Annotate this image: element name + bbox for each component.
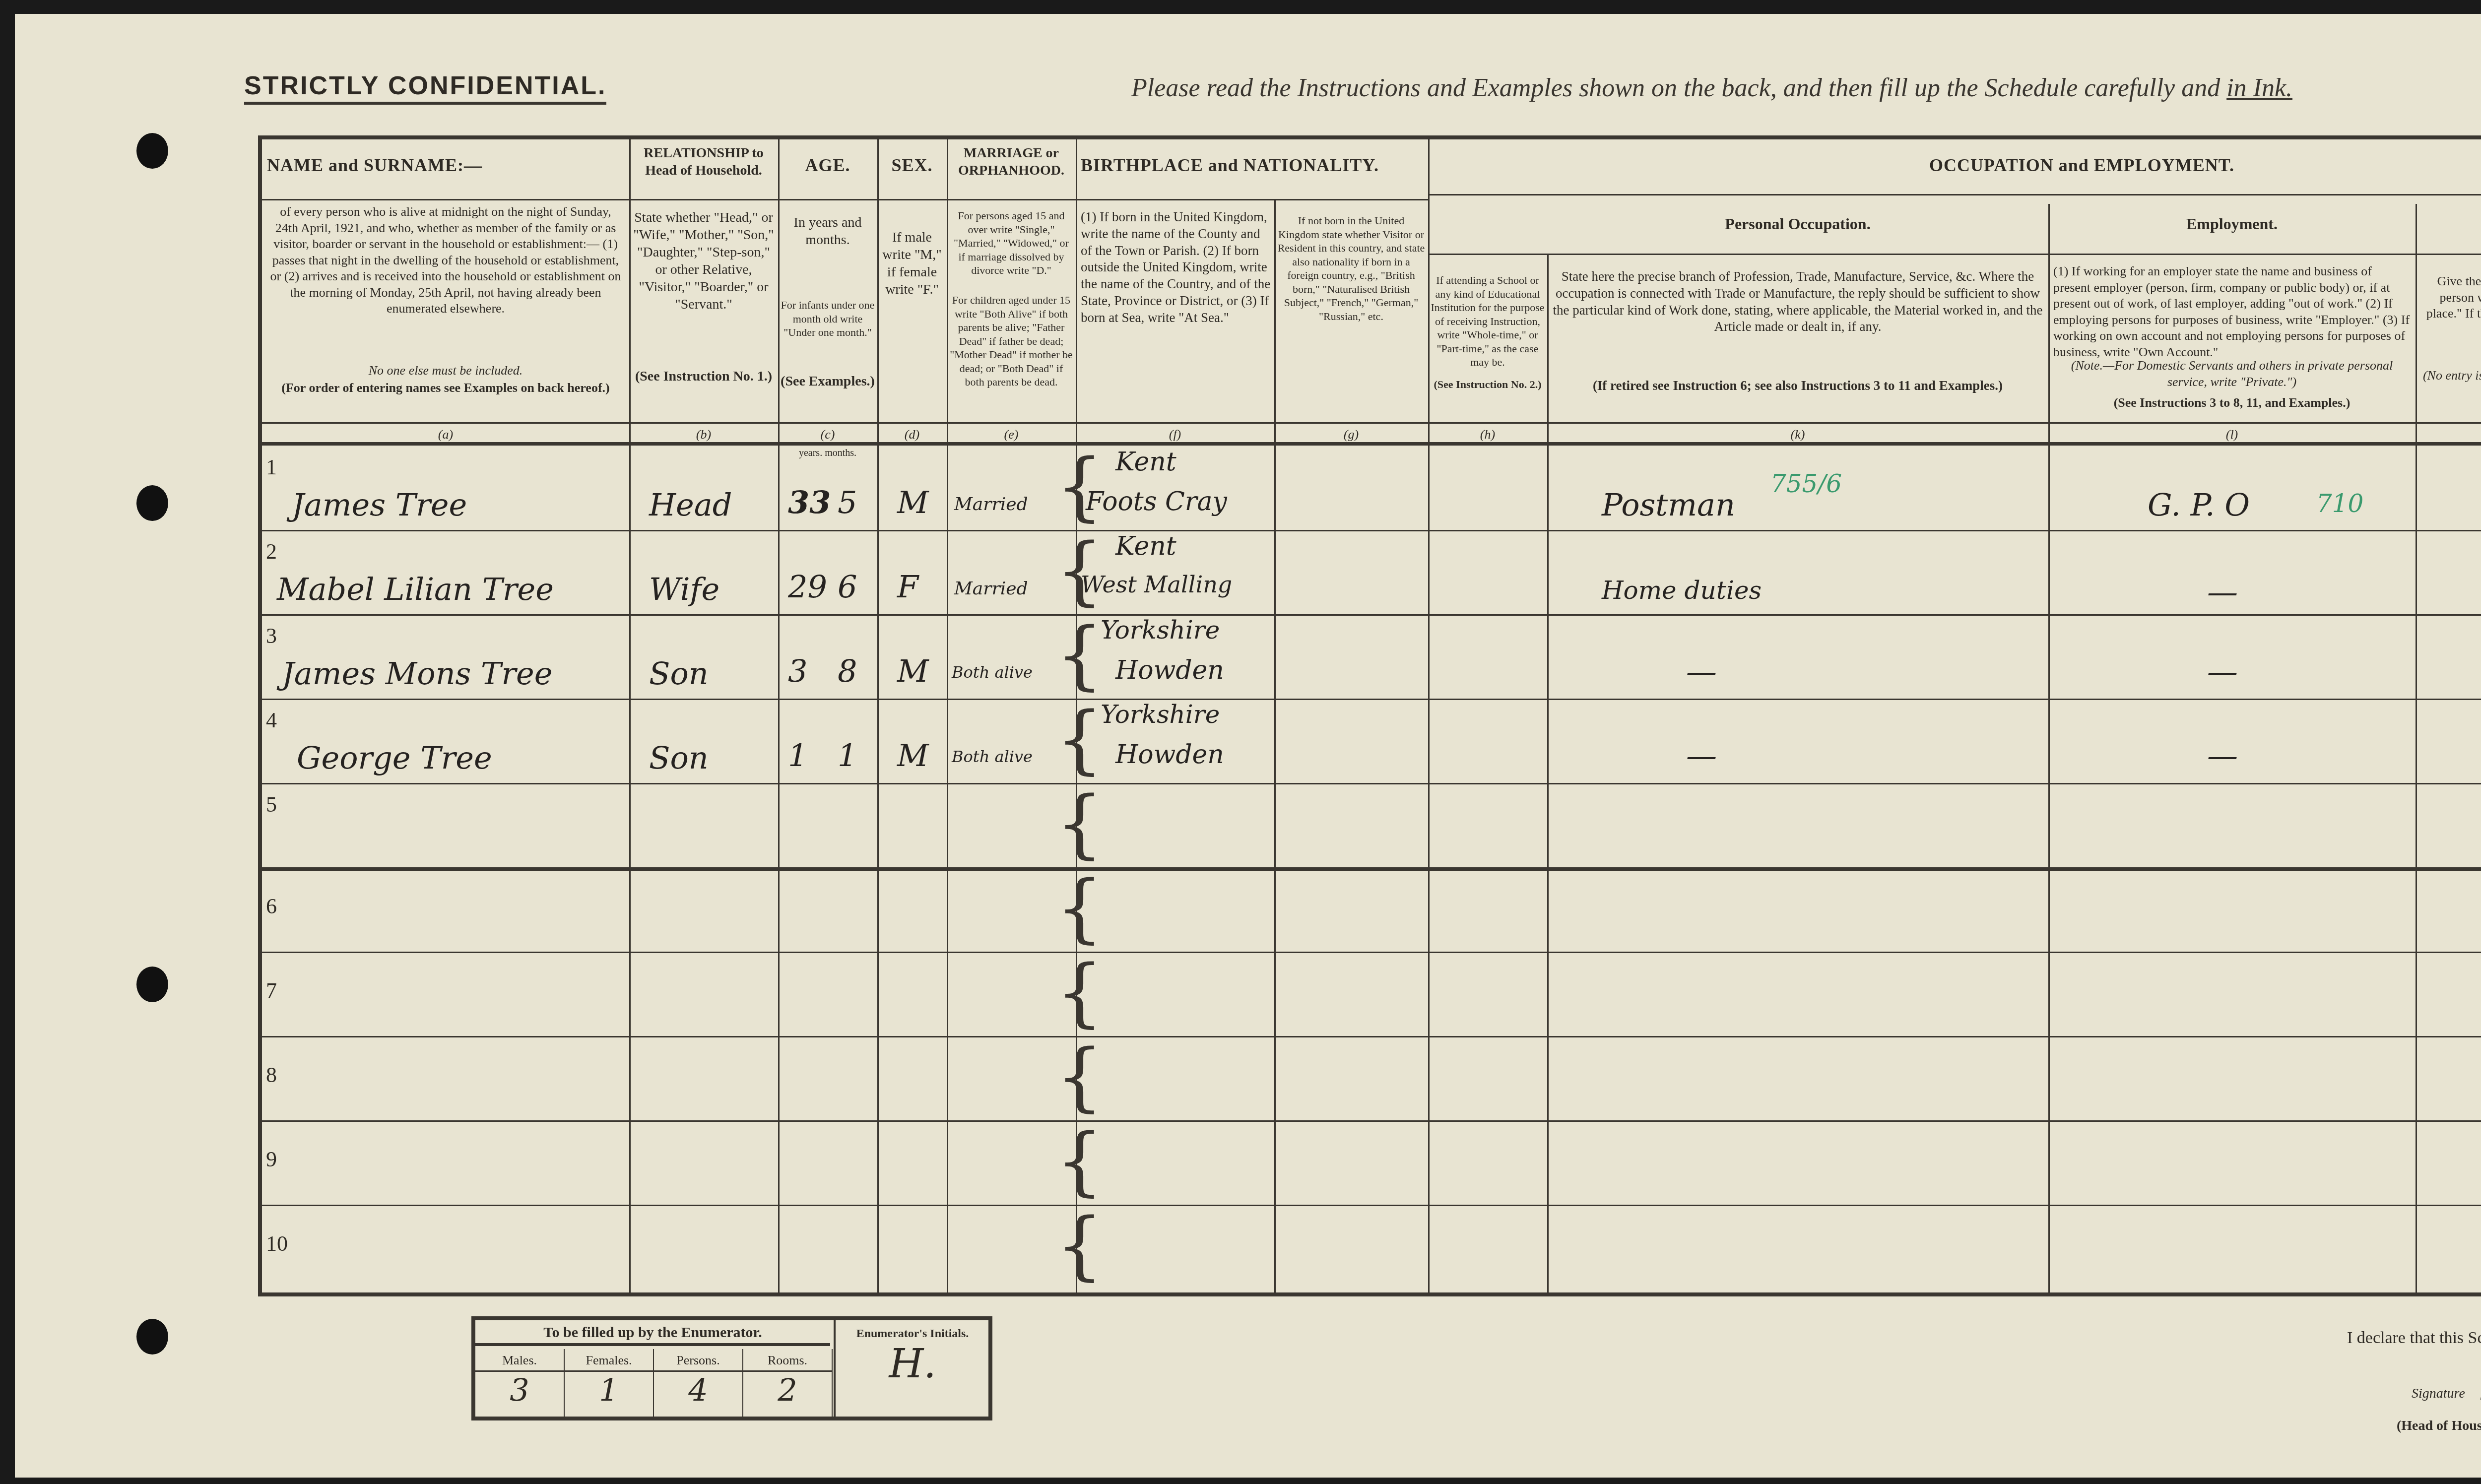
age-years-field[interactable]: 33 <box>788 484 831 520</box>
employer-field[interactable]: — <box>2207 574 2238 610</box>
instruction-line: Please read the Instructions and Example… <box>1131 73 2292 103</box>
males-cell: Males.3 <box>475 1349 565 1417</box>
row-number: 6 <box>266 894 277 919</box>
col-m-title: Place of Work. <box>2420 214 2481 234</box>
persons-value[interactable]: 4 <box>654 1372 742 1408</box>
birth-county-field[interactable]: Kent <box>1115 531 1176 561</box>
females-cell: Females.1 <box>565 1349 654 1417</box>
occupation-field[interactable]: Postman <box>1602 487 1735 523</box>
col-k-note: (If retired see Instruction 6; see also … <box>1552 378 2043 394</box>
name-field[interactable]: George Tree <box>297 740 492 776</box>
col-letter: (d) <box>877 427 947 442</box>
instruction-ink: in Ink. <box>2226 74 2292 102</box>
rooms-value[interactable]: 2 <box>743 1372 832 1408</box>
rooms-label: Rooms. <box>743 1349 832 1372</box>
occupation-field[interactable]: — <box>1686 737 1717 774</box>
col-d-body: If male write "M," if female write "F." <box>880 229 944 298</box>
marriage-field[interactable]: Both alive <box>952 747 1033 766</box>
row-number: 7 <box>266 978 277 1003</box>
birth-town-field[interactable]: Howden <box>1115 655 1224 685</box>
col-e-body: For persons aged 15 and over write "Sing… <box>949 209 1073 277</box>
row-number: 3 <box>266 623 277 648</box>
relationship-field[interactable]: Head <box>649 487 732 523</box>
females-label: Females. <box>565 1349 653 1372</box>
brace: { <box>1056 1040 1103 1114</box>
confidential-heading: STRICTLY CONFIDENTIAL. <box>244 71 606 105</box>
col-b-title: RELATIONSHIP to Head of Household. <box>632 144 776 179</box>
col-e-title: MARRIAGE or ORPHANHOOD. <box>949 144 1073 179</box>
census-schedule-page: STRICTLY CONFIDENTIAL. Please read the I… <box>15 14 2481 1478</box>
relationship-field[interactable]: Wife <box>649 571 719 607</box>
col-letter: (k) <box>1547 427 2048 442</box>
col-a-title: NAME and SURNAME:— <box>267 154 624 177</box>
col-c-title: AGE. <box>781 154 875 177</box>
col-letter: (e) <box>947 427 1076 442</box>
col-letter: (m) <box>2416 427 2481 442</box>
col-c-note: For infants under one month old write "U… <box>781 298 875 339</box>
col-letter: (h) <box>1428 427 1547 442</box>
employer-field[interactable]: — <box>2207 653 2238 689</box>
age-months-field[interactable]: 1 <box>838 737 857 774</box>
enumerator-box-title: To be filled up by the Enumerator. <box>475 1320 830 1346</box>
row-number: 1 <box>266 454 277 480</box>
age-months-field[interactable]: 8 <box>838 653 857 689</box>
employer-field[interactable]: — <box>2207 737 2238 774</box>
brace: { <box>1056 787 1103 861</box>
col-g-body: If not born in the United Kingdom state … <box>1277 214 1426 323</box>
col-f-body: (1) If born in the United Kingdom, write… <box>1081 209 1272 326</box>
initials-label: Enumerator's Initials. <box>836 1327 989 1341</box>
declaration-text: I declare that this Schedule is correctl… <box>2347 1329 2481 1348</box>
brace: { <box>1056 1209 1103 1283</box>
col-l-note: (Note.—For Domestic Servants and others … <box>2053 358 2411 390</box>
col-a-note: No one else must be included. <box>267 363 624 379</box>
birth-town-field[interactable]: Foots Cray <box>1086 487 1227 516</box>
punch-hole <box>136 133 168 169</box>
employer-code: 710 <box>2316 489 2363 518</box>
females-value[interactable]: 1 <box>565 1372 653 1408</box>
age-years-field[interactable]: 3 <box>788 653 807 689</box>
birth-town-field[interactable]: Howden <box>1115 740 1224 770</box>
birth-county-field[interactable]: Yorkshire <box>1101 616 1220 645</box>
col-l-body: (1) If working for an employer state the… <box>2053 263 2411 360</box>
birth-county-field[interactable]: Yorkshire <box>1101 700 1220 729</box>
col-l-note2: (See Instructions 3 to 8, 11, and Exampl… <box>2053 395 2411 411</box>
signature-label: Signature <box>2412 1386 2465 1402</box>
row-number: 4 <box>266 708 277 733</box>
name-field[interactable]: Mabel Lilian Tree <box>277 571 554 607</box>
col-m-note: (No entry is required for any person who… <box>2420 368 2481 400</box>
signature-note: (Head of Household, Manager of Establish… <box>2397 1418 2481 1434</box>
persons-label: Persons. <box>654 1349 742 1372</box>
col-a-note2: (For order of entering names see Example… <box>267 380 624 396</box>
col-letter: (c) <box>778 427 877 442</box>
marriage-field[interactable]: Married <box>954 579 1028 599</box>
marriage-field[interactable]: Married <box>954 494 1028 515</box>
occupation-field[interactable]: Home duties <box>1602 576 1762 605</box>
birth-town-field[interactable]: West Malling <box>1081 571 1232 598</box>
rooms-cell: Rooms.2 <box>743 1349 833 1417</box>
relationship-field[interactable]: Son <box>649 655 709 692</box>
age-years-field[interactable]: 29 <box>788 569 827 605</box>
brace: { <box>1056 871 1103 946</box>
name-field[interactable]: James Mons Tree <box>282 655 552 692</box>
punch-hole <box>136 1319 168 1355</box>
col-letter: (a) <box>262 427 629 442</box>
sex-field[interactable]: F <box>897 569 918 605</box>
col-k-body: State here the precise branch of Profess… <box>1552 268 2043 335</box>
relationship-field[interactable]: Son <box>649 740 709 776</box>
col-a-body: of every person who is alive at midnight… <box>267 204 624 317</box>
punch-hole <box>136 485 168 521</box>
col-d-title: SEX. <box>880 154 944 177</box>
col-b-note: (See Instruction No. 1.) <box>632 368 776 385</box>
males-label: Males. <box>475 1349 564 1372</box>
col-h-body: If attending a School or any kind of Edu… <box>1431 273 1545 369</box>
age-years-field[interactable]: 1 <box>788 737 807 774</box>
brace: { <box>1056 618 1103 693</box>
census-form-table: NAME and SURNAME:— of every person who i… <box>258 135 2481 1296</box>
row-number: 8 <box>266 1062 277 1088</box>
col-letter: (g) <box>1274 427 1428 442</box>
col-letter: (l) <box>2048 427 2416 442</box>
col-letter: (b) <box>629 427 778 442</box>
sex-field[interactable]: M <box>897 484 928 520</box>
sex-field[interactable]: M <box>897 737 928 774</box>
personal-occupation-title: Personal Occupation. <box>1552 214 2043 234</box>
brace: { <box>1056 703 1103 777</box>
punch-hole <box>136 967 168 1002</box>
birth-county-field[interactable]: Kent <box>1115 447 1176 477</box>
age-subheader: years. months. <box>781 447 875 459</box>
enumerator-totals-box: To be filled up by the Enumerator. Males… <box>471 1316 992 1420</box>
col-f-title: BIRTHPLACE and NATIONALITY. <box>1081 154 1423 177</box>
col-l-title: Employment. <box>2053 214 2411 234</box>
row-number: 10 <box>266 1231 288 1256</box>
sex-field[interactable]: M <box>897 653 928 689</box>
row-number: 5 <box>266 792 277 817</box>
initials-value[interactable]: H. <box>836 1341 989 1387</box>
col-c-body: In years and months. <box>781 214 875 249</box>
instruction-text: Please read the Instructions and Example… <box>1131 74 2226 102</box>
employer-field[interactable]: G. P. O <box>2148 487 2250 523</box>
occupation-code: 755/6 <box>1770 469 1842 498</box>
col-m-body: Give the address of each person's place … <box>2420 273 2481 338</box>
col-e-note: For children aged under 15 write "Both A… <box>949 293 1073 389</box>
col-h-note: (See Instruction No. 2.) <box>1431 378 1545 391</box>
marriage-field[interactable]: Both alive <box>952 663 1033 682</box>
name-field[interactable]: James Tree <box>292 487 467 523</box>
occupation-field[interactable]: — <box>1686 653 1717 689</box>
col-b-body: State whether "Head," or "Wife," "Mother… <box>632 209 776 313</box>
col-letter: (f) <box>1076 427 1274 442</box>
brace: { <box>1056 956 1103 1030</box>
age-months-field[interactable]: 6 <box>838 569 857 605</box>
col-c-note2: (See Examples.) <box>781 373 875 390</box>
enumerator-initials-box: Enumerator's Initials. H. <box>834 1320 989 1417</box>
row-number: 2 <box>266 539 277 564</box>
occupation-title: OCCUPATION and EMPLOYMENT. <box>1428 154 2481 177</box>
age-months-field[interactable]: 5 <box>838 484 857 520</box>
persons-cell: Persons.4 <box>654 1349 743 1417</box>
row-number: 9 <box>266 1147 277 1172</box>
brace: { <box>1056 1124 1103 1199</box>
males-value[interactable]: 3 <box>475 1372 564 1408</box>
